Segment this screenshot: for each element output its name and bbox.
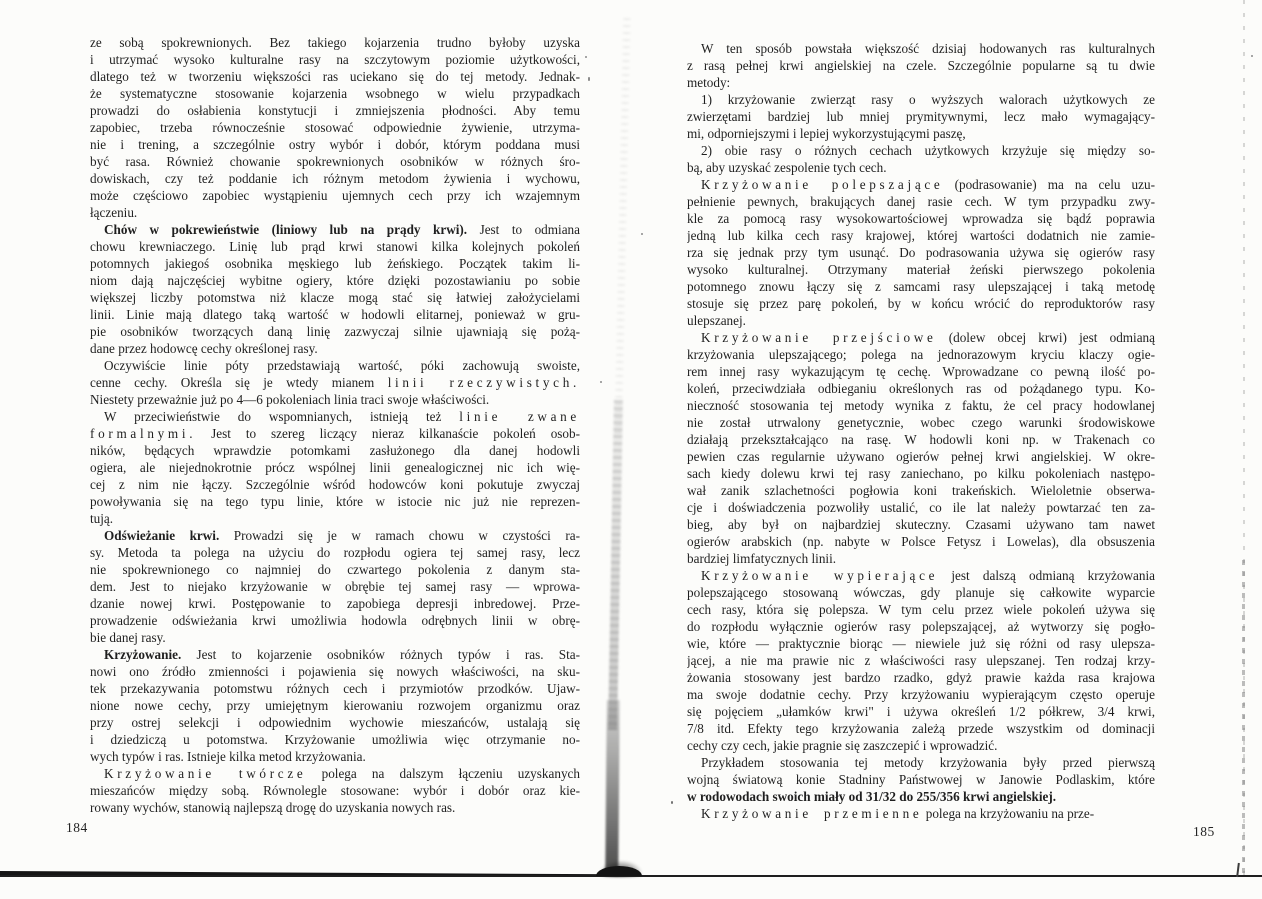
paragraph: Oczywiście linie póty przedstawiają wart… (90, 357, 580, 408)
text-line: cenne cechy. Określa się je wtedy mianem… (90, 374, 580, 391)
text-segment: bardziej limfatycznych linii. (687, 551, 836, 566)
text-segment: polepszającego stosowaną wówczas, gdy pl… (687, 585, 1155, 600)
scan-speck (671, 801, 673, 804)
text-line: pełnienie pewnych, brakujących danej ras… (687, 193, 1155, 210)
text-segment: pie osobników tworzących daną linię zazw… (90, 324, 580, 339)
text-segment: bieg, aby był on najbardziej skuteczny. … (687, 517, 1155, 532)
text-segment: rza się jednak przy tym usunąć. Do podra… (687, 245, 1155, 260)
scan-speck (1251, 55, 1253, 57)
text-segment: 7/8 itd. Efekty tego krzyżowania zależą … (687, 721, 1155, 736)
text-line: potomnych jakiegoś osobnika męskiego lub… (90, 255, 580, 272)
text-line: 1) krzyżowanie zwierząt rasy o wyższych … (687, 91, 1155, 108)
emphasized-term: linie zwane (459, 409, 580, 424)
text-line: ma swoje dodatnie cechy. Przy krzyżowani… (687, 686, 1155, 703)
text-line: dowiskach, czy też poddanie ich różnym m… (90, 170, 580, 187)
text-segment: jedną lub kilka cech rasy krajowej, któr… (687, 228, 1155, 243)
text-line: może częściowo zapobiec wystąpieniu ujem… (90, 187, 580, 204)
text-line: Krzyżowanie przejściowe (dolew obcej krw… (687, 329, 1155, 346)
text-segment: z rasą pełnej krwi angielskiej na czele.… (687, 58, 1155, 73)
text-line: ników, będących wprawdzie potomkami zasł… (90, 442, 580, 459)
text-line: być rasa. Również chowanie spokrewnionyc… (90, 153, 580, 170)
text-segment: i dziedziczą u potomstwa. Krzyżowanie um… (90, 732, 580, 747)
text-line: z rasą pełnej krwi angielskiej na czele.… (687, 57, 1155, 74)
text-line: zapobiec, trzeba równocześnie stosować o… (90, 119, 580, 136)
text-segment: rem innej rasy wykazującym tę cechę. Wpr… (687, 364, 1155, 379)
text-line: bardziej limfatycznych linii. (687, 550, 1155, 567)
bold-term: Chów w pokrewieństwie (liniowy lub na pr… (104, 222, 467, 237)
text-segment: 1) krzyżowanie zwierząt rasy o wyższych … (701, 92, 1155, 107)
spine-shadow-middle (608, 400, 623, 730)
text-segment: Przykładem stosowania tej metody krzyżow… (701, 755, 1155, 770)
text-segment: ogierów arabskich (np. nabyte w Polsce F… (687, 534, 1155, 549)
text-line: 7/8 itd. Efekty tego krzyżowania zależą … (687, 720, 1155, 737)
text-segment: cechy czy cech, jakie pragnie się zaszcz… (687, 738, 997, 753)
text-line: zwierzętami bardziej lub mniej prymitywn… (687, 108, 1155, 125)
bold-term: Krzyżowanie. (104, 647, 181, 662)
bold-term: Odświeżanie krwi. (104, 528, 219, 543)
text-segment: bie danej rasy. (90, 630, 166, 645)
text-segment: dem. Jest to niejako krzyżowanie w obręb… (90, 579, 580, 594)
text-line: polepszającego stosowaną wówczas, gdy pl… (687, 584, 1155, 601)
text-line: Krzyżowanie twórcze polega na dalszym łą… (90, 765, 580, 782)
text-line: żowania stosowany jest bardzo rzadko, gd… (687, 669, 1155, 686)
text-line: łączeniu. (90, 204, 580, 221)
emphasized-term: linii rzeczywistych. (388, 375, 580, 390)
text-line: dlatego też w tworzeniu większości ras u… (90, 68, 580, 85)
text-line: się pojęciem „ułamków krwi" i używa okre… (687, 703, 1155, 720)
text-segment: dlatego też w tworzeniu większości ras u… (90, 69, 580, 84)
text-segment: do rozpłodu wyłącznie ogierów rasy polep… (687, 619, 1155, 634)
text-segment: wał zanik szlachetności pogłowia koni tr… (687, 483, 1155, 498)
text-segment: Prowadzi się je w ramach chowu w czystoś… (219, 528, 580, 543)
text-line: chowu krewniaczego. Linię lub prąd krwi … (90, 238, 580, 255)
text-segment: może częściowo zapobiec wystąpieniu ujem… (90, 188, 580, 203)
text-line: nie spokrewnionego co najmniej do czwart… (90, 561, 580, 578)
paragraph: 1) krzyżowanie zwierząt rasy o wyższych … (687, 91, 1155, 142)
text-segment: Jest to odmiana (467, 222, 580, 237)
right-page-text: W ten sposób powstała większość dzisiaj … (687, 40, 1155, 822)
text-line: sach kiedy dolewu krwi tej rasy zaniecha… (687, 465, 1155, 482)
text-line: cech rasy, która się polepsza. W tym cel… (687, 601, 1155, 618)
left-page-text: ze sobą spokrewnionych. Bez takiego koja… (90, 34, 580, 816)
text-line: działają przekształcająco na rasę. W hod… (687, 431, 1155, 448)
text-line: dzanie nowej krwi. Postępowanie to zapob… (90, 595, 580, 612)
emphasized-term: Krzyżowanie wypierające (701, 568, 938, 583)
paragraph: Odświeżanie krwi. Prowadzi się je w rama… (90, 527, 580, 646)
page-number-left: 184 (66, 820, 88, 836)
text-segment: pełnienie pewnych, brakujących danej ras… (687, 194, 1155, 209)
text-segment: żowania stosowany jest bardzo rzadko, gd… (687, 670, 1155, 685)
paragraph: Przykładem stosowania tej metody krzyżow… (687, 754, 1155, 805)
text-segment: Jest to kojarzenie osobników różnych typ… (181, 647, 580, 662)
text-segment: się pojęciem „ułamków krwi" i używa okre… (687, 704, 1155, 719)
text-segment: wych typów i ras. Istnieje kilka metod k… (90, 749, 366, 764)
text-line: metody: (687, 74, 1155, 91)
text-segment: (podrasowanie) ma na celu uzu- (943, 177, 1155, 192)
text-line: tek przekazywania potomstwu różnych cech… (90, 680, 580, 697)
text-segment: ulepszanej. (687, 313, 746, 328)
scan-speck (641, 233, 643, 235)
text-line: Krzyżowanie polepszające (podrasowanie) … (687, 176, 1155, 193)
text-segment: 2) obie rasy o różnych cechach użytkowyc… (701, 143, 1155, 158)
text-segment: nie został utrwalony genetycznie, wobec … (687, 415, 1155, 430)
text-segment: ogiera, ale niejednokrotnie prócz wspóln… (90, 460, 580, 475)
text-line: prowadzi do osłabienia konstytucji i zmn… (90, 102, 580, 119)
paragraph: W przeciwieństwie do wspomnianych, istni… (90, 408, 580, 527)
text-line: nie został utrwalony genetycznie, wobec … (687, 414, 1155, 431)
text-segment: chowu krewniaczego. Linię lub prąd krwi … (90, 239, 580, 254)
paragraph: 2) obie rasy o różnych cechach użytkowyc… (687, 142, 1155, 176)
text-segment: łączeniu. (90, 205, 137, 220)
paragraph: ze sobą spokrewnionych. Bez takiego koja… (90, 34, 580, 221)
text-line: i utrzymać wysoko kulturalne rasy na szc… (90, 51, 580, 68)
text-line: rza się jednak przy tym usunąć. Do podra… (687, 244, 1155, 261)
text-line: pie osobników tworzących daną linię zazw… (90, 323, 580, 340)
text-segment: dzanie nowej krwi. Postępowanie to zapob… (90, 596, 580, 611)
text-line: do rozpłodu wyłącznie ogierów rasy polep… (687, 618, 1155, 635)
text-line: wojną światową konie Stadniny Państwowej… (687, 771, 1155, 788)
text-line: dem. Jest to niejako krzyżowanie w obręb… (90, 578, 580, 595)
page-number-right: 185 (1193, 824, 1215, 840)
text-line: cechy czy cech, jakie pragnie się zaszcz… (687, 737, 1155, 754)
text-line: krzyżowania ulepszającego; polega na jed… (687, 346, 1155, 363)
text-segment: linii. Linie mają dlatego taką wartość w… (90, 307, 580, 322)
text-line: sy. Metoda ta polega na użyciu do rozpło… (90, 544, 580, 561)
paragraph: Krzyżowanie. Jest to kojarzenie osobnikó… (90, 646, 580, 765)
text-line: przy ostrej selekcji i odpowiednim wycho… (90, 714, 580, 731)
text-line: wysoko kulturalnej. Otrzymany materiał ż… (687, 261, 1155, 278)
text-line: Oczywiście linie póty przedstawiają wart… (90, 357, 580, 374)
text-segment: sach kiedy dolewu krwi tej rasy zaniecha… (687, 466, 1155, 481)
text-segment: zwierzętami bardziej lub mniej prymitywn… (687, 109, 1155, 124)
spine-shadow-bottom (605, 700, 620, 876)
text-line: mieszańców między sobą. Równolegle stoso… (90, 782, 580, 799)
paragraph: Krzyżowanie twórcze polega na dalszym łą… (90, 765, 580, 816)
text-segment: W przeciwieństwie do wspomnianych, istni… (104, 409, 459, 424)
text-segment: wysoko kulturalnej. Otrzymany materiał ż… (687, 262, 1155, 277)
text-line: formalnymi. Jest to szereg liczący niera… (90, 425, 580, 442)
text-segment: niom dają najczęściej wybitne ogiery, kt… (90, 273, 580, 288)
text-line: Przykładem stosowania tej metody krzyżow… (687, 754, 1155, 771)
text-segment: mieszańców między sobą. Równolegle stoso… (90, 783, 580, 798)
emphasized-term: Krzyżowanie twórcze (104, 766, 306, 781)
text-line: Krzyżowanie. Jest to kojarzenie osobnikó… (90, 646, 580, 663)
text-segment: że systematyczne stosowanie kojarzenia w… (90, 86, 580, 101)
text-line: nowi ono źródło zmienności i pojawienia … (90, 663, 580, 680)
text-segment: jącej, a nie ma prawie nic z właściwości… (687, 653, 1155, 668)
text-line: Chów w pokrewieństwie (liniowy lub na pr… (90, 221, 580, 238)
text-line: bą, aby uzyskać zespolenie tych cech. (687, 159, 1155, 176)
emphasized-term: Krzyżowanie polepszające (701, 177, 943, 192)
text-segment: być rasa. Również chowanie spokrewnionyc… (90, 154, 580, 169)
text-segment: powoływania się na tego typu linie, któr… (90, 494, 580, 509)
emphasized-term: Krzyżowanie przemienne (701, 806, 922, 821)
text-line: jącej, a nie ma prawie nic z właściwości… (687, 652, 1155, 669)
text-line: wał zanik szlachetności pogłowia koni tr… (687, 482, 1155, 499)
text-segment: bą, aby uzyskać zespolenie tych cech. (687, 160, 887, 175)
text-segment: metody: (687, 75, 730, 90)
emphasized-term: formalnymi. (90, 426, 196, 441)
text-line: ogierów arabskich (np. nabyte w Polsce F… (687, 533, 1155, 550)
text-line: ulepszanej. (687, 312, 1155, 329)
text-line: W ten sposób powstała większość dzisiaj … (687, 40, 1155, 57)
text-line: bie danej rasy. (90, 629, 580, 646)
text-line: cje i doświadczenia pozwoliły ustalić, c… (687, 499, 1155, 516)
text-line: ze sobą spokrewnionych. Bez takiego koja… (90, 34, 580, 51)
text-line: prowadzenie odświeżania krwi umożliwia h… (90, 612, 580, 629)
text-segment: koleń, przeciwdziała odbieganiu określon… (687, 381, 1155, 396)
text-segment: ze sobą spokrewnionych. Bez takiego koja… (90, 35, 580, 50)
text-line: powoływania się na tego typu linie, któr… (90, 493, 580, 510)
text-segment: prowadzenie odświeżania krwi umożliwia h… (90, 613, 580, 628)
text-segment: wie, które — praktycznie biorąc — niewie… (687, 636, 1155, 651)
text-segment: polega na dalszym łączeniu uzyskanych (306, 766, 580, 781)
text-line: nieczność stosowania tej metody wynika z… (687, 397, 1155, 414)
text-segment: rowany wychów, stanowią najlepszą drogę … (90, 800, 455, 815)
spine-shadow-top (615, 18, 631, 438)
text-segment: W ten sposób powstała większość dzisiaj … (701, 41, 1155, 56)
text-line: tują. (90, 510, 580, 527)
text-line: Krzyżowanie wypierające jest dalszą odmi… (687, 567, 1155, 584)
text-segment: dane przez hodowcę cechy określonej rasy… (90, 341, 318, 356)
text-segment: tek przekazywania potomstwu różnych cech… (90, 681, 580, 696)
text-line: pewien czas regularnie używano ogierów p… (687, 448, 1155, 465)
text-segment: pewien czas regularnie używano ogierów p… (687, 449, 1155, 464)
text-segment: zapobiec, trzeba równocześnie stosować o… (90, 120, 580, 135)
text-segment: i utrzymać wysoko kulturalne rasy na szc… (90, 52, 580, 67)
page-edge-marks-lower (1242, 560, 1245, 878)
text-segment: działają przekształcająco na rasę. W hod… (687, 432, 1155, 447)
text-segment: nieczność stosowania tej metody wynika z… (687, 398, 1155, 413)
scan-speck (588, 77, 590, 81)
text-line: większej liczby potomstwa niż klacze mog… (90, 289, 580, 306)
text-segment: stosuje się przez parę pokoleń, by w koń… (687, 296, 1155, 311)
text-segment: kle za pomocą rasy wysokowartościowej wp… (687, 211, 1155, 226)
text-segment: mi, odporniejszymi i lepiej wykorzystują… (687, 126, 966, 141)
paragraph: Krzyżowanie polepszające (podrasowanie) … (687, 176, 1155, 329)
text-line: cej z nim nie łączy. Szczególnie wśród h… (90, 476, 580, 493)
text-line: niom dają najczęściej wybitne ogiery, kt… (90, 272, 580, 289)
text-segment: nie i trening, a szczególnie ostry wybór… (90, 137, 580, 152)
paragraph: Krzyżowanie przejściowe (dolew obcej krw… (687, 329, 1155, 567)
text-line: Odświeżanie krwi. Prowadzi się je w rama… (90, 527, 580, 544)
text-segment: nowi ono źródło zmienności i pojawienia … (90, 664, 580, 679)
text-line: i dziedziczą u potomstwa. Krzyżowanie um… (90, 731, 580, 748)
text-line: Krzyżowanie przemienne polega na krzyżow… (687, 805, 1155, 822)
text-segment: nione nowe cechy, przy umiejętnym kierow… (90, 698, 580, 713)
text-line: mi, odporniejszymi i lepiej wykorzystują… (687, 125, 1155, 142)
text-line: wych typów i ras. Istnieje kilka metod k… (90, 748, 580, 765)
text-segment: cenne cechy. Określa się je wtedy mianem (90, 375, 388, 390)
text-line: 2) obie rasy o różnych cechach użytkowyc… (687, 142, 1155, 159)
text-segment: (dolew obcej krwi) jest odmianą (937, 330, 1155, 345)
text-line: wie, które — praktycznie biorąc — niewie… (687, 635, 1155, 652)
text-segment: potomnych jakiegoś osobnika męskiego lub… (90, 256, 580, 271)
text-segment: Jest to szereg liczący nieraz kilkanaści… (196, 426, 580, 441)
text-line: W przeciwieństwie do wspomnianych, istni… (90, 408, 580, 425)
text-segment: potomnego znowu łączy się z samcami rasy… (687, 279, 1155, 294)
text-line: stosuje się przez parę pokoleń, by w koń… (687, 295, 1155, 312)
text-line: Niestety przeważnie już po 4—6 pokolenia… (90, 391, 580, 408)
text-segment: Oczywiście linie póty przedstawiają wart… (104, 358, 580, 373)
text-segment: cej z nim nie łączy. Szczególnie wśród h… (90, 477, 580, 492)
text-line: w rodowodach swoich miały od 31/32 do 25… (687, 788, 1155, 805)
text-line: rem innej rasy wykazującym tę cechę. Wpr… (687, 363, 1155, 380)
text-line: koleń, przeciwdziała odbieganiu określon… (687, 380, 1155, 397)
text-segment: krzyżowania ulepszającego; polega na jed… (687, 347, 1155, 362)
paragraph: Krzyżowanie wypierające jest dalszą odmi… (687, 567, 1155, 754)
text-segment: prowadzi do osłabienia konstytucji i zmn… (90, 103, 580, 118)
paragraph: Krzyżowanie przemienne polega na krzyżow… (687, 805, 1155, 822)
emphasized-term: Krzyżowanie przejściowe (701, 330, 937, 345)
text-segment: cech rasy, która się polepsza. W tym cel… (687, 602, 1155, 617)
scan-speck (600, 381, 602, 383)
text-segment: jest dalszą odmianą krzyżowania (938, 568, 1155, 583)
text-segment: Niestety przeważnie już po 4—6 pokolenia… (90, 392, 489, 407)
text-line: rowany wychów, stanowią najlepszą drogę … (90, 799, 580, 816)
text-line: kle za pomocą rasy wysokowartościowej wp… (687, 210, 1155, 227)
text-segment: wojną światową konie Stadniny Państwowej… (687, 772, 1155, 787)
text-segment: ników, będących wprawdzie potomkami zasł… (90, 443, 580, 458)
book-scan: ze sobą spokrewnionych. Bez takiego koja… (0, 0, 1262, 899)
text-segment: tują. (90, 511, 113, 526)
text-line: linii. Linie mają dlatego taką wartość w… (90, 306, 580, 323)
text-line: jedną lub kilka cech rasy krajowej, któr… (687, 227, 1155, 244)
scan-speck (585, 56, 587, 58)
text-line: dane przez hodowcę cechy określonej rasy… (90, 340, 580, 357)
text-line: ogiera, ale niejednokrotnie prócz wspóln… (90, 459, 580, 476)
text-line: że systematyczne stosowanie kojarzenia w… (90, 85, 580, 102)
text-segment: ma swoje dodatnie cechy. Przy krzyżowani… (687, 687, 1155, 702)
text-line: potomnego znowu łączy się z samcami rasy… (687, 278, 1155, 295)
text-segment: polega na krzyżowaniu na prze- (922, 806, 1094, 821)
text-segment: cje i doświadczenia pozwoliły ustalić, c… (687, 500, 1155, 515)
text-line: nie i trening, a szczególnie ostry wybór… (90, 136, 580, 153)
paragraph: Chów w pokrewieństwie (liniowy lub na pr… (90, 221, 580, 357)
text-segment: sy. Metoda ta polega na użyciu do rozpło… (90, 545, 580, 560)
text-segment: większej liczby potomstwa niż klacze mog… (90, 290, 580, 305)
bold-term: w rodowodach swoich miały od 31/32 do 25… (687, 789, 1056, 804)
text-line: nione nowe cechy, przy umiejętnym kierow… (90, 697, 580, 714)
text-segment: przy ostrej selekcji i odpowiednim wycho… (90, 715, 580, 730)
text-segment: nie spokrewnionego co najmniej do czwart… (90, 562, 580, 577)
text-segment: dowiskach, czy też poddanie ich różnym m… (90, 171, 580, 186)
text-line: bieg, aby był on najbardziej skuteczny. … (687, 516, 1155, 533)
paragraph: W ten sposób powstała większość dzisiaj … (687, 40, 1155, 91)
